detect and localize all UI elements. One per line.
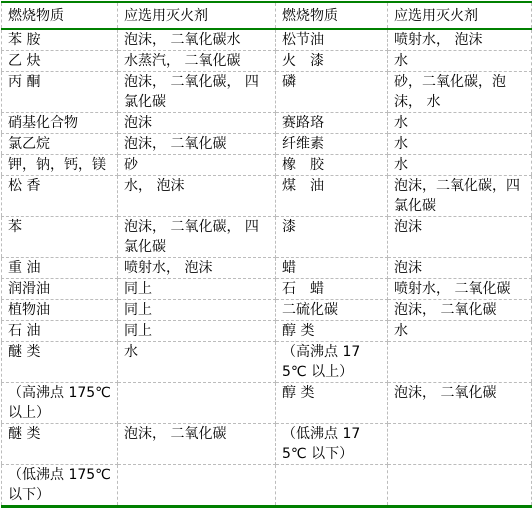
extinguisher-cell: 水: [388, 113, 532, 134]
extinguisher-cell: 同上: [118, 321, 276, 342]
extinguisher-cell: 喷射水， 二氧化碳: [388, 279, 532, 300]
table-row: （高沸点 175℃ 以上）醇 类泡沫， 二氧化碳: [2, 383, 532, 424]
burning-substance-cell: 漆: [276, 217, 388, 258]
burning-substance-cell: 石 蜡: [276, 279, 388, 300]
extinguisher-cell: 泡沫， 二氧化碳: [118, 134, 276, 155]
extinguisher-cell: 砂，二氧化碳，泡沫， 水: [388, 72, 532, 113]
header-extinguisher-left: 应选用灭火剂: [118, 2, 276, 29]
table-row: 氯乙烷泡沫， 二氧化碳纤维素水: [2, 134, 532, 155]
table-row: 钾，钠，钙，镁砂橡 胶水: [2, 155, 532, 176]
burning-substance-cell: （高沸点 175℃ 以上）: [276, 342, 388, 383]
extinguisher-cell: 水: [388, 51, 532, 72]
extinguisher-cell: 水: [388, 134, 532, 155]
burning-substance-cell: 氯乙烷: [2, 134, 118, 155]
extinguisher-cell: 喷射水， 泡沫: [118, 258, 276, 279]
table-row: 苯泡沫， 二氧化碳， 四氯化碳漆泡沫: [2, 217, 532, 258]
extinguisher-cell: 泡沫，二氧化碳，四氯化碳: [388, 176, 532, 217]
extinguisher-cell: 水: [388, 155, 532, 176]
extinguisher-selection-table: 燃烧物质 应选用灭火剂 燃烧物质 应选用灭火剂 苯 胺泡沫， 二氧化碳水松节油喷…: [1, 1, 532, 508]
table-row: 松 香水， 泡沫煤 油泡沫，二氧化碳，四氯化碳: [2, 176, 532, 217]
table-row: 醚 类水（高沸点 175℃ 以上）: [2, 342, 532, 383]
burning-substance-cell: 橡 胶: [276, 155, 388, 176]
burning-substance-cell: 重 油: [2, 258, 118, 279]
extinguisher-cell: 泡沫: [388, 258, 532, 279]
burning-substance-cell: 醚 类: [2, 424, 118, 465]
extinguisher-cell: [118, 383, 276, 424]
header-row: 燃烧物质 应选用灭火剂 燃烧物质 应选用灭火剂: [2, 2, 532, 29]
extinguisher-cell: 泡沫: [388, 217, 532, 258]
burning-substance-cell: （低沸点 175℃ 以下）: [276, 424, 388, 465]
header-burning-substance-right: 燃烧物质: [276, 2, 388, 29]
table-row: （低沸点 175℃ 以下）: [2, 465, 532, 507]
extinguisher-cell: 水: [118, 342, 276, 383]
table-row: 石 油同上醇 类水: [2, 321, 532, 342]
burning-substance-cell: 纤维素: [276, 134, 388, 155]
extinguisher-cell: 泡沫， 二氧化碳， 四氯化碳: [118, 217, 276, 258]
extinguisher-cell: 泡沫， 二氧化碳: [388, 300, 532, 321]
header-extinguisher-right: 应选用灭火剂: [388, 2, 532, 29]
extinguisher-cell: 水蒸汽， 二氧化碳: [118, 51, 276, 72]
extinguisher-cell: [388, 424, 532, 465]
table-row: 硝基化合物泡沫赛路珞水: [2, 113, 532, 134]
burning-substance-cell: 松节油: [276, 29, 388, 51]
burning-substance-cell: 苯: [2, 217, 118, 258]
extinguisher-cell: 水， 泡沫: [118, 176, 276, 217]
extinguisher-cell: 水: [388, 321, 532, 342]
extinguisher-cell: 泡沫， 二氧化碳， 四氯化碳: [118, 72, 276, 113]
table-body: 苯 胺泡沫， 二氧化碳水松节油喷射水， 泡沫乙 炔水蒸汽， 二氧化碳火 漆水丙 …: [2, 29, 532, 507]
burning-substance-cell: 松 香: [2, 176, 118, 217]
extinguisher-cell: 泡沫， 二氧化碳: [388, 383, 532, 424]
burning-substance-cell: 乙 炔: [2, 51, 118, 72]
burning-substance-cell: [276, 465, 388, 507]
burning-substance-cell: 醇 类: [276, 321, 388, 342]
extinguisher-cell: [388, 465, 532, 507]
extinguisher-cell: [388, 342, 532, 383]
burning-substance-cell: 火 漆: [276, 51, 388, 72]
header-burning-substance-left: 燃烧物质: [2, 2, 118, 29]
burning-substance-cell: 蜡: [276, 258, 388, 279]
burning-substance-cell: 钾，钠，钙，镁: [2, 155, 118, 176]
table-header: 燃烧物质 应选用灭火剂 燃烧物质 应选用灭火剂: [2, 2, 532, 29]
extinguisher-cell: 喷射水， 泡沫: [388, 29, 532, 51]
burning-substance-cell: 醇 类: [276, 383, 388, 424]
burning-substance-cell: 植物油: [2, 300, 118, 321]
table-row: 植物油同上二硫化碳泡沫， 二氧化碳: [2, 300, 532, 321]
burning-substance-cell: （高沸点 175℃ 以上）: [2, 383, 118, 424]
burning-substance-cell: （低沸点 175℃ 以下）: [2, 465, 118, 507]
extinguisher-cell: 同上: [118, 300, 276, 321]
burning-substance-cell: 二硫化碳: [276, 300, 388, 321]
table-row: 苯 胺泡沫， 二氧化碳水松节油喷射水， 泡沫: [2, 29, 532, 51]
table-row: 重 油喷射水， 泡沫蜡泡沫: [2, 258, 532, 279]
burning-substance-cell: 赛路珞: [276, 113, 388, 134]
table-row: 乙 炔水蒸汽， 二氧化碳火 漆水: [2, 51, 532, 72]
extinguisher-cell: 砂: [118, 155, 276, 176]
extinguisher-cell: 泡沫， 二氧化碳水: [118, 29, 276, 51]
table-row: 丙 酮泡沫， 二氧化碳， 四氯化碳磷砂，二氧化碳，泡沫， 水: [2, 72, 532, 113]
burning-substance-cell: 煤 油: [276, 176, 388, 217]
extinguisher-cell: [118, 465, 276, 507]
burning-substance-cell: 醚 类: [2, 342, 118, 383]
table-row: 润滑油同上石 蜡喷射水， 二氧化碳: [2, 279, 532, 300]
burning-substance-cell: 苯 胺: [2, 29, 118, 51]
burning-substance-cell: 磷: [276, 72, 388, 113]
extinguisher-cell: 同上: [118, 279, 276, 300]
burning-substance-cell: 石 油: [2, 321, 118, 342]
burning-substance-cell: 硝基化合物: [2, 113, 118, 134]
extinguisher-cell: 泡沫: [118, 113, 276, 134]
burning-substance-cell: 丙 酮: [2, 72, 118, 113]
table-row: 醚 类泡沫， 二氧化碳（低沸点 175℃ 以下）: [2, 424, 532, 465]
burning-substance-cell: 润滑油: [2, 279, 118, 300]
extinguisher-cell: 泡沫， 二氧化碳: [118, 424, 276, 465]
